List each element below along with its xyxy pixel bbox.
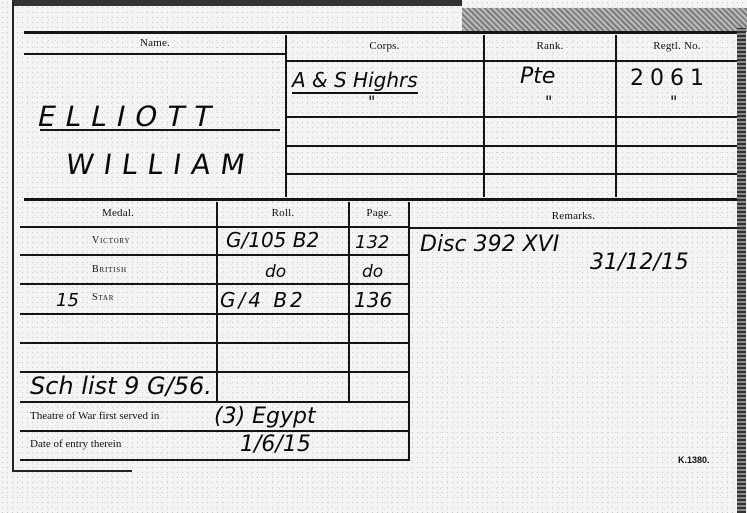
rule-date <box>20 459 410 461</box>
schedule-annotation: Sch list 9 G/56. <box>30 372 212 400</box>
header-regtl-no: Regtl. No. <box>617 40 737 52</box>
page-star: 136 <box>354 288 392 312</box>
divider-page-remarks <box>408 202 410 460</box>
rule-header-right <box>286 60 737 62</box>
rule-top <box>24 31 737 34</box>
surname: ELLIOTT <box>34 100 224 133</box>
card-border-left <box>12 2 14 472</box>
header-page: Page. <box>350 207 408 219</box>
rule-medal-header <box>20 226 410 228</box>
theatre-value: (3) Egypt <box>214 404 316 429</box>
page-victory: 132 <box>355 232 389 253</box>
rule-remarks-header <box>410 227 737 229</box>
card-border-bottom <box>12 470 132 472</box>
header-medal: Medal. <box>20 207 216 219</box>
rule-row-3 <box>286 145 737 147</box>
rule-row-4 <box>286 173 737 175</box>
rule-medal-row-4 <box>20 342 410 344</box>
medal-british: British <box>92 264 127 275</box>
rule-name-header <box>24 53 286 55</box>
rule-medal-row-1 <box>20 254 410 256</box>
header-remarks: Remarks. <box>410 210 737 222</box>
date-value: 1/6/15 <box>240 432 311 457</box>
roll-star: G/4 B2 <box>220 288 306 312</box>
header-rank: Rank. <box>485 40 615 52</box>
remarks-line-2: 31/12/15 <box>590 250 689 275</box>
corps-ditto: " <box>368 92 375 111</box>
header-name: Name. <box>24 37 286 49</box>
theatre-label: Theatre of War first served in <box>30 410 159 422</box>
rule-medal-row-2 <box>20 283 410 285</box>
regtl-no-value: 2061 <box>630 66 710 91</box>
header-roll: Roll. <box>218 207 348 219</box>
star-prefix: 15 <box>56 290 79 311</box>
rule-medal-row-3 <box>20 313 410 315</box>
roll-british: do <box>265 262 286 282</box>
medal-star: Star <box>92 292 114 303</box>
rule-row-2 <box>286 116 737 118</box>
medal-victory: Victory <box>92 235 130 246</box>
forename: WILLIAM <box>64 148 257 181</box>
remarks-line-1: Disc 392 XVI <box>420 232 559 257</box>
roll-victory: G/105 B2 <box>226 228 319 252</box>
corps-value: A & S Highrs <box>292 68 418 94</box>
form-number: K.1380. <box>678 455 710 465</box>
rule-section-divider <box>24 198 737 201</box>
date-label: Date of entry therein <box>30 438 121 450</box>
scan-edge-top-right <box>462 8 747 32</box>
header-corps: Corps. <box>286 40 483 52</box>
page-british: do <box>362 262 383 282</box>
rule-theatre <box>20 430 410 432</box>
rank-ditto: " <box>545 92 552 111</box>
scan-edge-top <box>12 0 462 6</box>
scan-edge-right <box>737 28 746 513</box>
regtl-no-ditto: " <box>670 92 677 111</box>
rule-medal-row-6 <box>20 401 410 403</box>
rank-value: Pte <box>520 64 555 89</box>
